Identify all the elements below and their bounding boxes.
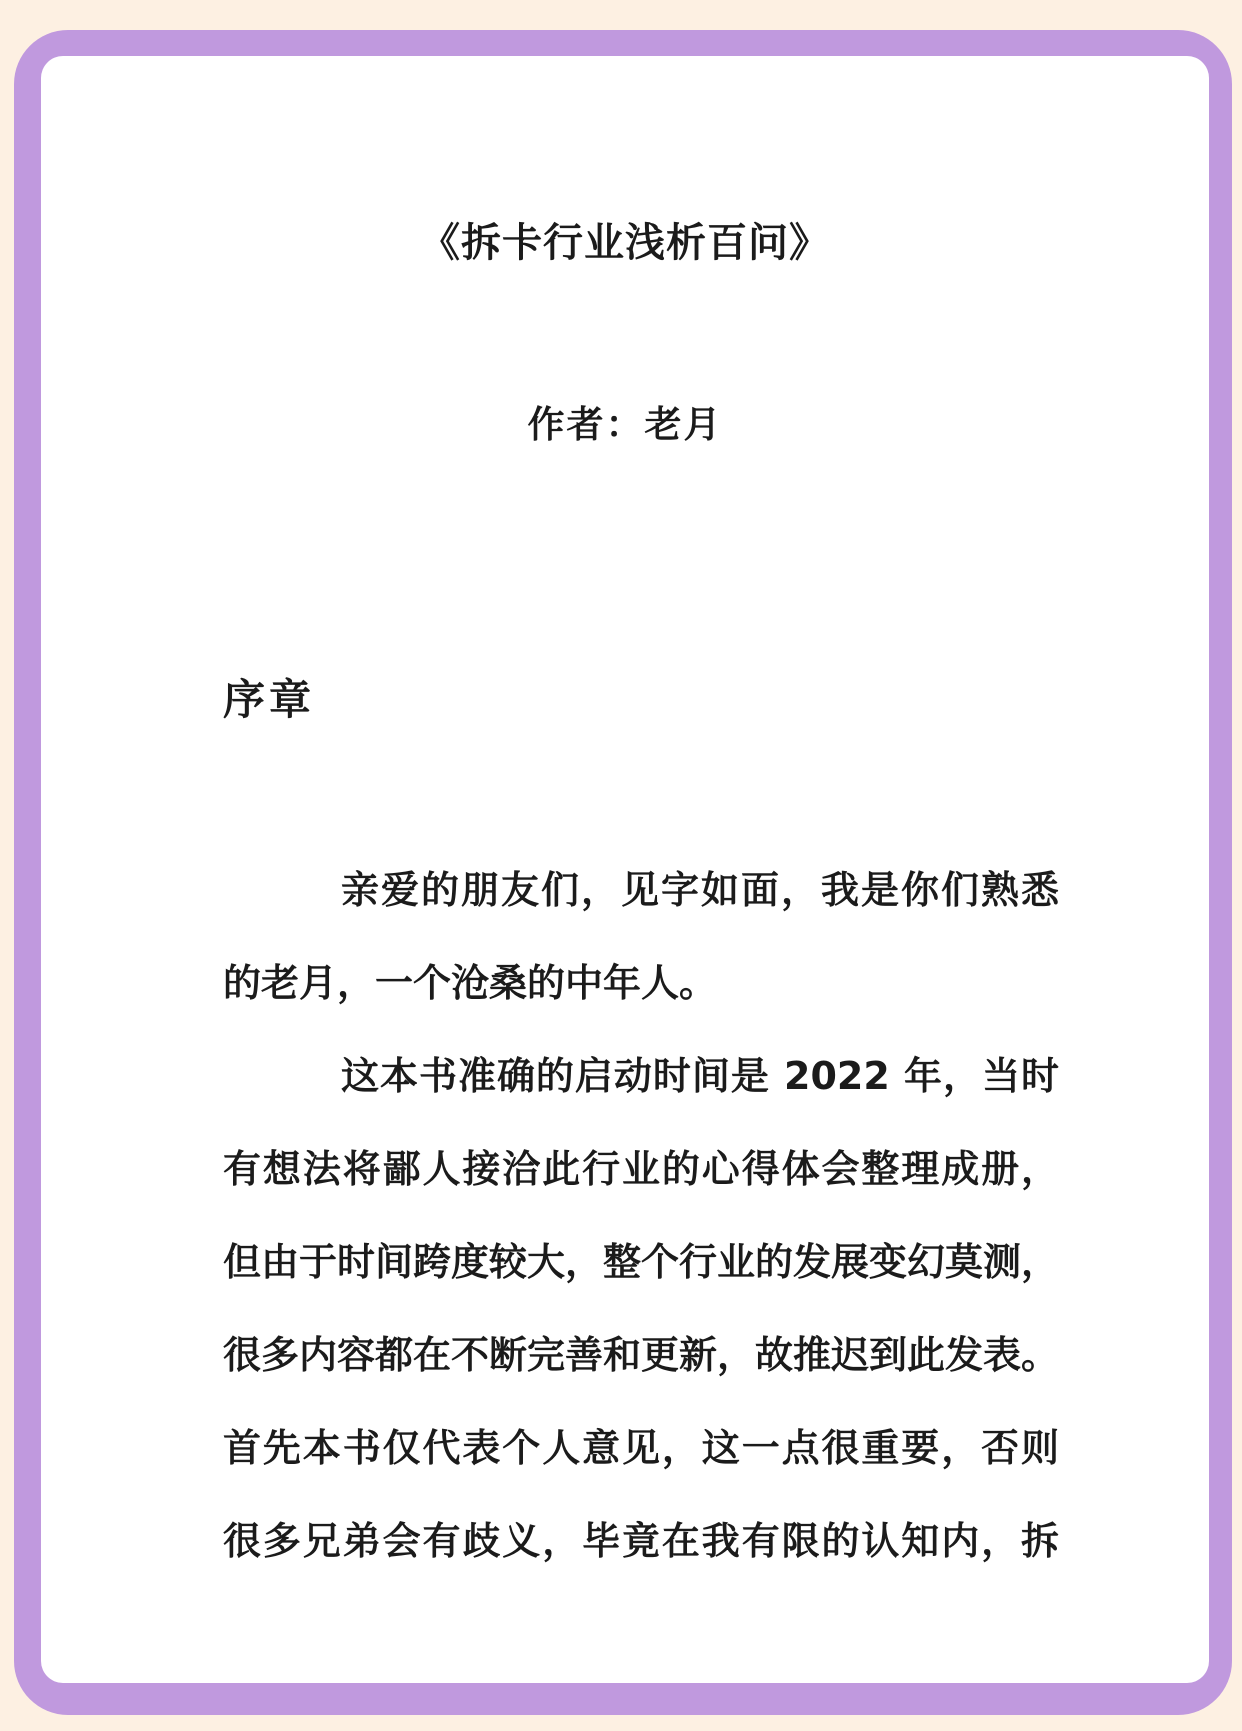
screenshot-canvas: 《拆卡行业浅析百问》 作者：老月 序章 亲爱的朋友们，见字如面，我是你们熟悉 的… (0, 0, 1242, 1731)
decorative-frame: 《拆卡行业浅析百问》 作者：老月 序章 亲爱的朋友们，见字如面，我是你们熟悉 的… (14, 30, 1232, 1715)
paragraph: 这本书准确的启动时间是 2022 年，当时 有想法将鄙人接洽此行业的心得体会整理… (223, 1030, 1059, 1588)
page-content: 序章 亲爱的朋友们，见字如面，我是你们熟悉 的老月，一个沧桑的中年人。 这本书准… (41, 675, 1209, 1588)
body-text: 亲爱的朋友们，见字如面，我是你们熟悉 的老月，一个沧桑的中年人。 这本书准确的启… (223, 844, 1059, 1588)
paragraph: 亲爱的朋友们，见字如面，我是你们熟悉 的老月，一个沧桑的中年人。 (223, 844, 1059, 1030)
paragraph-line: 亲爱的朋友们，见字如面，我是你们熟悉 (223, 844, 1059, 937)
paragraph-line: 的老月，一个沧桑的中年人。 (223, 937, 1059, 1030)
author-line: 作者：老月 (41, 402, 1209, 448)
document-page: 《拆卡行业浅析百问》 作者：老月 序章 亲爱的朋友们，见字如面，我是你们熟悉 的… (41, 56, 1209, 1683)
paragraph-line: 这本书准确的启动时间是 2022 年，当时 (223, 1030, 1059, 1123)
paragraph-line: 有想法将鄙人接洽此行业的心得体会整理成册， (223, 1123, 1059, 1216)
section-heading: 序章 (223, 675, 1059, 725)
paragraph-line: 但由于时间跨度较大，整个行业的发展变幻莫测， (223, 1216, 1059, 1309)
book-title: 《拆卡行业浅析百问》 (41, 220, 1209, 266)
paragraph-line: 很多内容都在不断完善和更新，故推迟到此发表。 (223, 1309, 1059, 1402)
paragraph-line: 首先本书仅代表个人意见，这一点很重要，否则 (223, 1402, 1059, 1495)
paragraph-line: 很多兄弟会有歧义，毕竟在我有限的认知内，拆 (223, 1495, 1059, 1588)
